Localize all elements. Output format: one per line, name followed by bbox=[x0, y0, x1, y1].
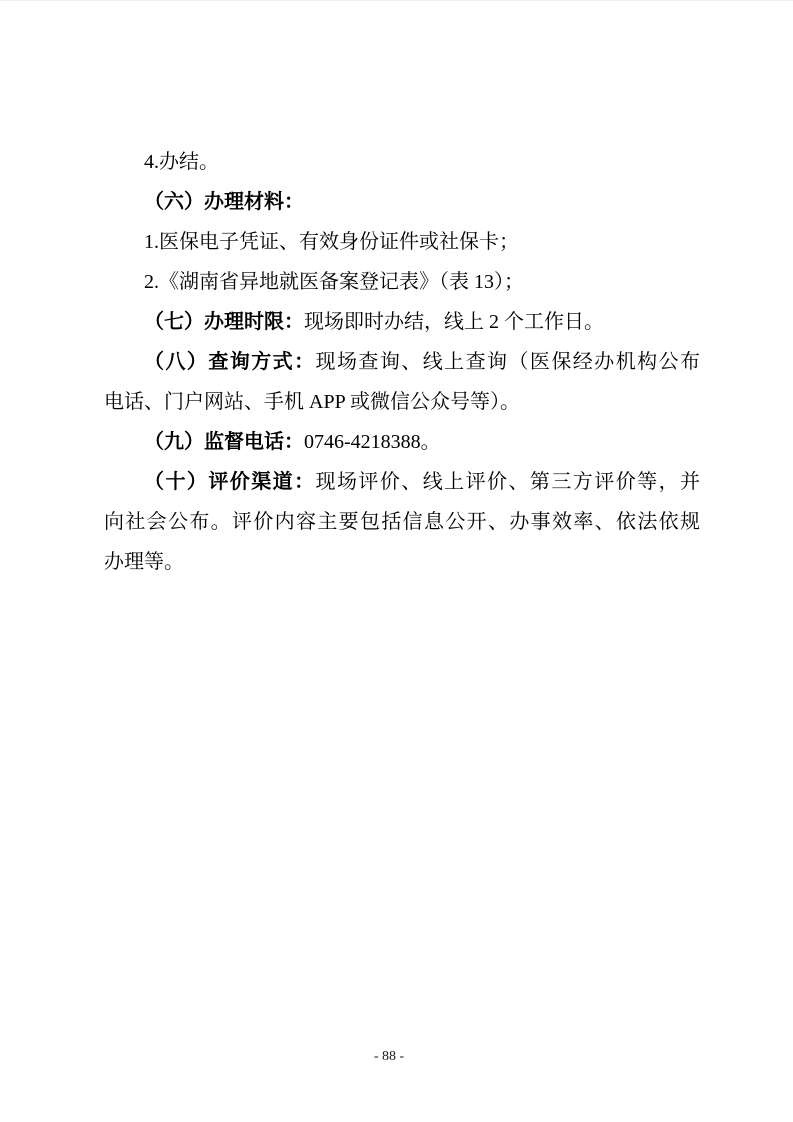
document-page: 4.办结。 （六）办理材料： 1.医保电子凭证、有效身份证件或社保卡； 2.《湖… bbox=[0, 0, 793, 1122]
line-text: 办理等。 bbox=[104, 551, 184, 573]
section-label: （十）评价渠道： bbox=[144, 471, 316, 493]
line-text: 现场评价、线上评价、第三方评价等，并 bbox=[316, 471, 700, 493]
line-text: 4.办结。 bbox=[144, 151, 219, 173]
line-text: 现场即时办结，线上 2 个工作日。 bbox=[304, 311, 604, 333]
text-line: 2.《湖南省异地就医备案登记表》（表 13）； bbox=[104, 262, 700, 302]
text-line: （十）评价渠道：现场评价、线上评价、第三方评价等，并 bbox=[104, 462, 700, 502]
section-label: （九）监督电话： bbox=[144, 431, 304, 453]
text-line: 1.医保电子凭证、有效身份证件或社保卡； bbox=[104, 222, 700, 262]
line-text: 现场查询、线上查询（医保经办机构公布 bbox=[316, 351, 700, 373]
line-text: 2.《湖南省异地就医备案登记表》（表 13）； bbox=[144, 271, 524, 293]
line-text: 1.医保电子凭证、有效身份证件或社保卡； bbox=[144, 231, 519, 253]
text-line: （六）办理材料： bbox=[104, 182, 700, 222]
section-label: （六）办理材料： bbox=[144, 191, 304, 213]
section-label: （八）查询方式： bbox=[144, 351, 316, 373]
text-line: （七）办理时限：现场即时办结，线上 2 个工作日。 bbox=[104, 302, 700, 342]
text-line: 电话、门户网站、手机 APP 或微信公众号等）。 bbox=[104, 382, 700, 422]
document-text-block: 4.办结。 （六）办理材料： 1.医保电子凭证、有效身份证件或社保卡； 2.《湖… bbox=[104, 142, 700, 582]
page-number: - 88 - bbox=[0, 1047, 778, 1067]
text-line: 向社会公布。评价内容主要包括信息公开、办事效率、依法依规 bbox=[104, 502, 700, 542]
section-label: （七）办理时限： bbox=[144, 311, 304, 333]
line-text: 0746-4218388。 bbox=[304, 431, 441, 453]
line-text: 电话、门户网站、手机 APP 或微信公众号等）。 bbox=[104, 391, 520, 413]
line-text: 向社会公布。评价内容主要包括信息公开、办事效率、依法依规 bbox=[104, 511, 700, 533]
text-line: 4.办结。 bbox=[104, 142, 700, 182]
text-line: （九）监督电话：0746-4218388。 bbox=[104, 422, 700, 462]
text-line: （八）查询方式：现场查询、线上查询（医保经办机构公布 bbox=[104, 342, 700, 382]
text-line: 办理等。 bbox=[104, 542, 700, 582]
